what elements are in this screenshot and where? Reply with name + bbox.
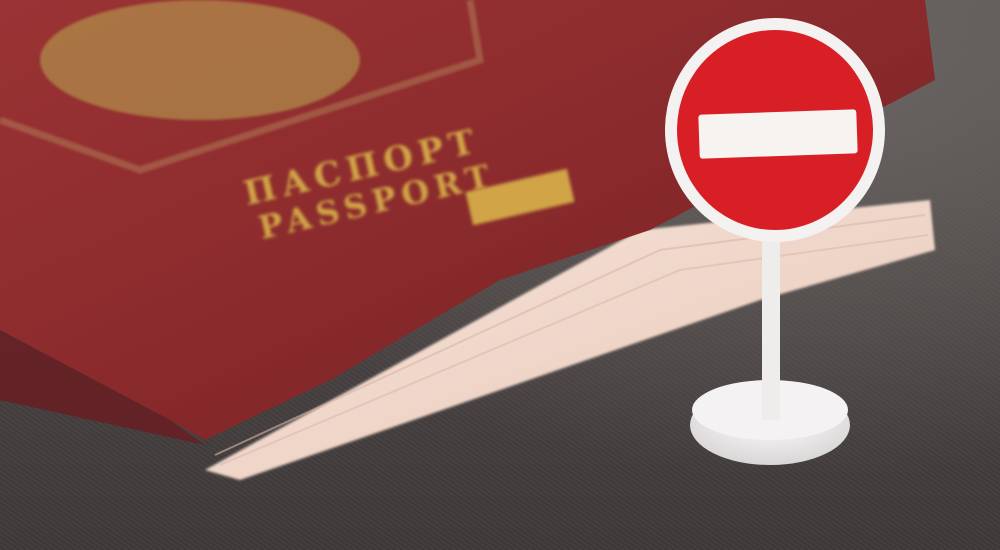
no-entry-sign [0, 0, 1000, 550]
sign-bar [698, 109, 857, 158]
sign-post [762, 230, 780, 420]
photo-scene: ПАСПОРТ PASSPORT [0, 0, 1000, 550]
